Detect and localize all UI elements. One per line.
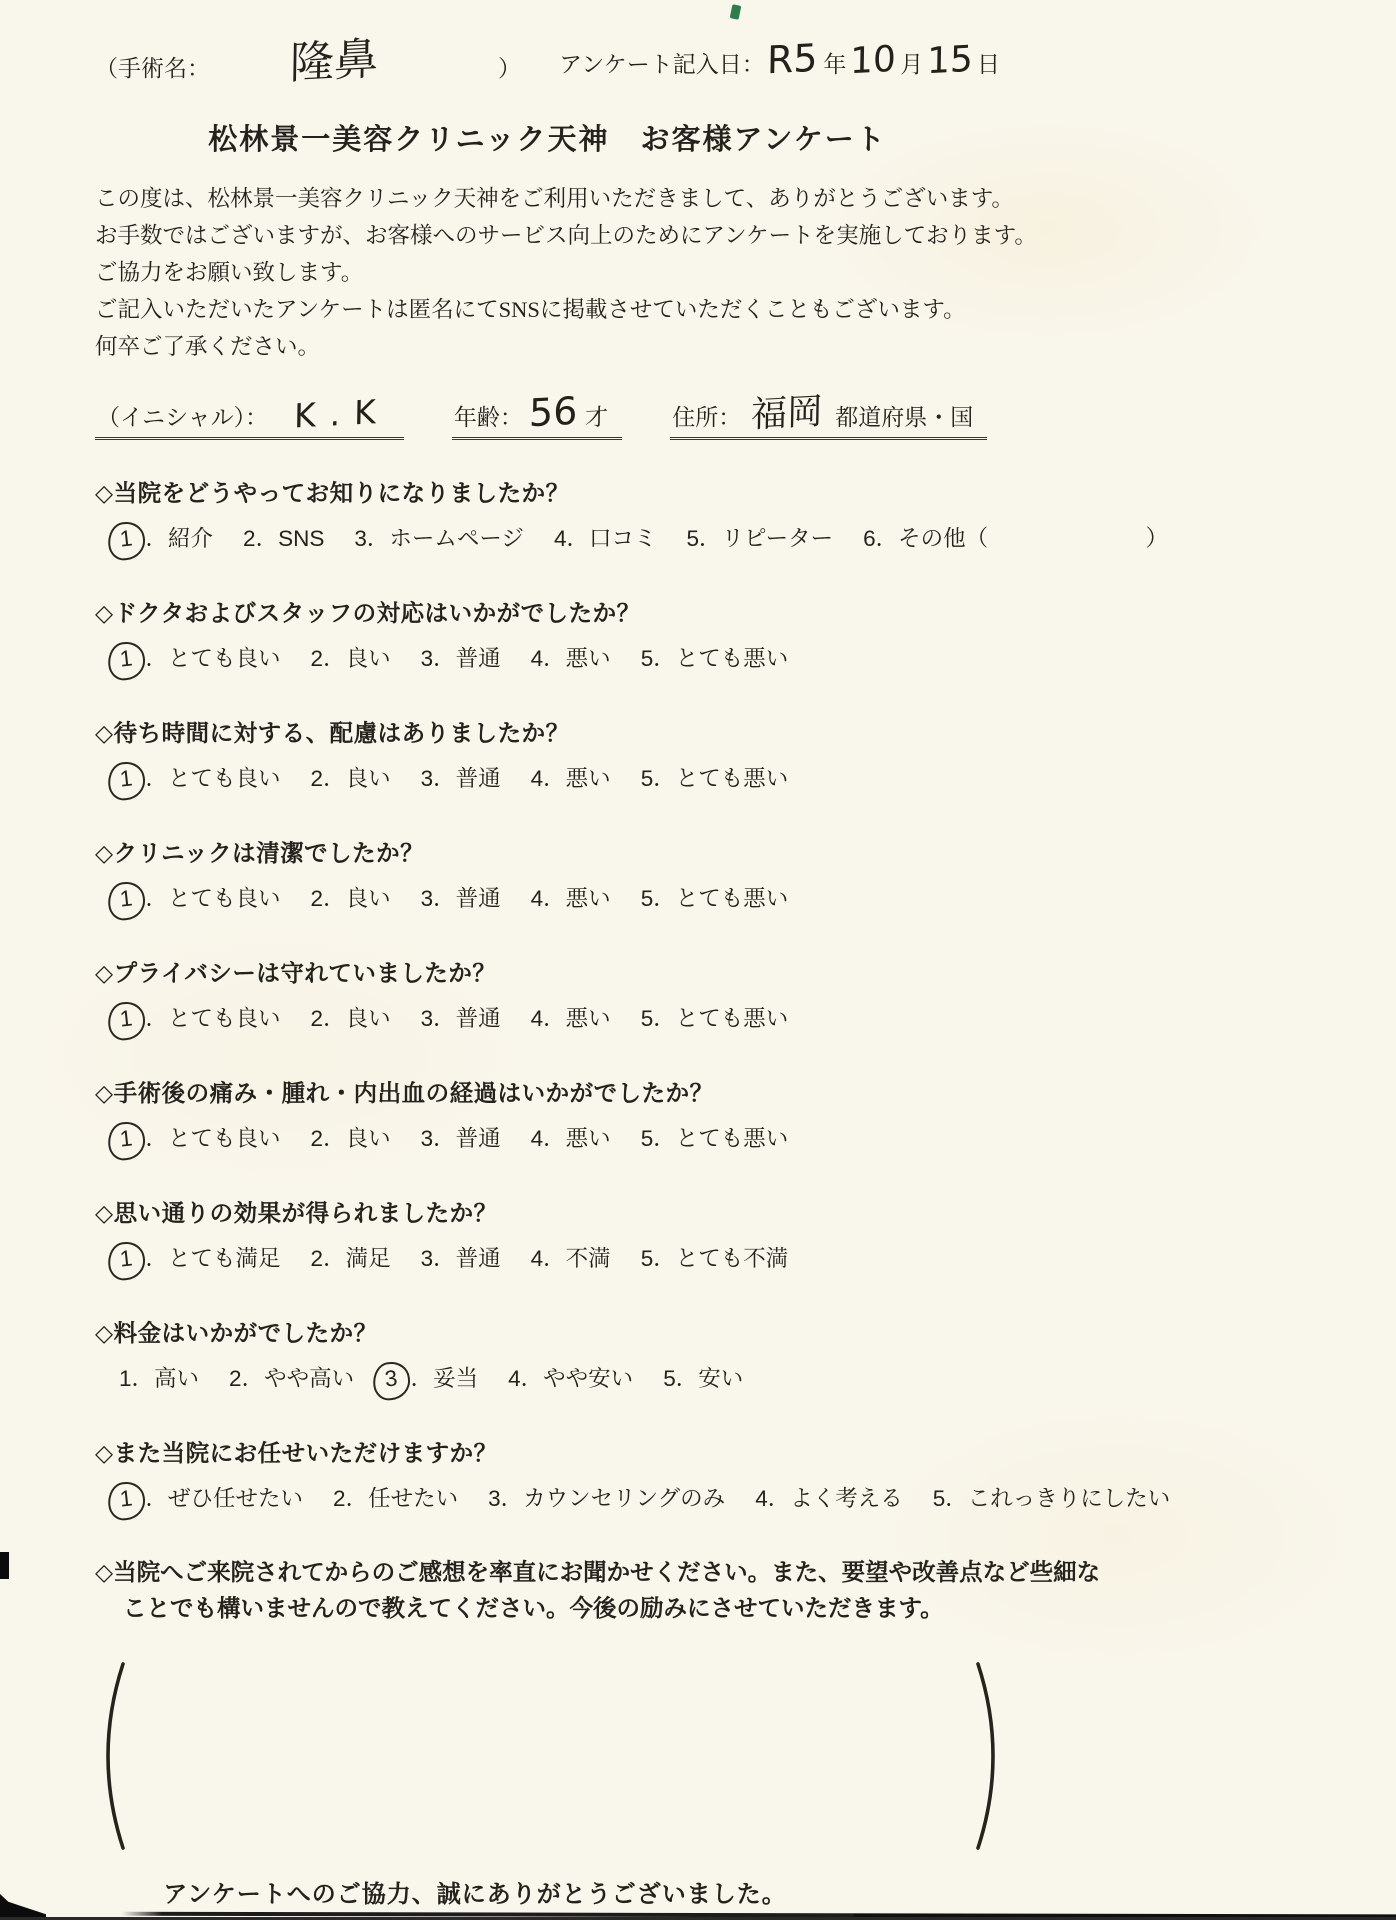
- option-number: 5: [641, 1126, 654, 1152]
- option-4: 4．悪い: [531, 1121, 611, 1153]
- option-label: 満足: [346, 1241, 391, 1273]
- option-number-dot: ．: [653, 881, 676, 913]
- age-handwritten: 56: [529, 394, 578, 431]
- option-number-dot: ．: [146, 1121, 169, 1153]
- address-label: 住所：: [672, 399, 741, 432]
- option-number: 4: [531, 1006, 544, 1032]
- option-label: 良い: [346, 761, 391, 793]
- option-number: 3: [421, 766, 434, 792]
- survey-date-day-handwritten: 15: [927, 44, 973, 79]
- option-label: 妥当: [433, 1361, 478, 1393]
- header-row: （手術名： 隆鼻 ） アンケート記入日： R5 年 10 月 15 日: [95, 42, 1000, 83]
- option-5: 5．とても悪い: [641, 1121, 789, 1153]
- option-3-selected: 3．妥当: [384, 1361, 478, 1393]
- option-number: 5: [641, 886, 654, 912]
- option-label: とても悪い: [676, 641, 789, 673]
- address-handwritten: 福岡: [751, 396, 823, 432]
- scanned-survey-page: （手術名： 隆鼻 ） アンケート記入日： R5 年 10 月 15 日 松林景一…: [0, 0, 1396, 1920]
- surgery-name-field: （手術名： 隆鼻 ）: [95, 42, 521, 83]
- option-5: 5．とても悪い: [641, 641, 789, 673]
- option-label: とても悪い: [676, 1001, 789, 1033]
- comment-open-bracket: [89, 1660, 131, 1857]
- scan-artifact-green-mark: [730, 4, 742, 20]
- option-label: 悪い: [566, 641, 611, 673]
- option-3: 3．カウンセリングのみ: [488, 1481, 725, 1513]
- option-5: 5．安い: [663, 1361, 743, 1393]
- comment-prompt: ◇当院へご来院されてからのご感想を率直にお聞かせください。また、要望や改善点など…: [95, 1554, 1000, 1626]
- option-label: 口コミ: [589, 521, 657, 553]
- option-label: とても悪い: [676, 761, 789, 793]
- survey-content: （手術名： 隆鼻 ） アンケート記入日： R5 年 10 月 15 日 松林景一…: [95, 42, 1000, 1909]
- survey-date-month-handwritten: 10: [850, 44, 896, 79]
- question-block-6: ◇手術後の痛み・腫れ・内出血の経過はいかがでしたか？ 1．とても良い2．良い3．…: [95, 1074, 1000, 1153]
- option-number: 1: [119, 1366, 132, 1392]
- option-5: 5．とても不満: [641, 1241, 789, 1273]
- option-1-selected: 1．とても良い: [119, 1001, 281, 1033]
- question-title: ◇当院をどうやってお知りになりましたか？: [95, 474, 1000, 508]
- page-title: 松林景一美容クリニック天神 お客様アンケート: [95, 117, 1000, 158]
- option-number: 5: [663, 1366, 676, 1392]
- option-2: 2．良い: [311, 1001, 391, 1033]
- intro-line-5: 何卒ご了承ください。: [95, 328, 1000, 365]
- question-title: ◇プライバシーは守れていましたか？: [95, 954, 1000, 988]
- option-number-dot: ．: [543, 1001, 566, 1033]
- option-3: 3．ホームページ: [354, 521, 524, 553]
- option-label: よく考える: [790, 1481, 903, 1513]
- option-number: 3: [421, 1246, 434, 1272]
- option-number-dot: ．: [323, 1001, 346, 1033]
- survey-date-label: アンケート記入日：: [559, 46, 765, 79]
- option-1-selected: 1．とても良い: [119, 881, 281, 913]
- option-number-dot: ．: [146, 521, 169, 553]
- answer-circle-mark: 3: [371, 1360, 411, 1401]
- age-suffix: 才: [585, 398, 609, 432]
- initials-field: （イニシャル）： K.K: [95, 399, 404, 440]
- option-number-dot: ．: [653, 761, 676, 793]
- option-4: 4．悪い: [531, 641, 611, 673]
- question-options: 1．高い2．やや高い3．妥当4．やや安い5．安い: [95, 1361, 743, 1393]
- option-2: 2．任せたい: [333, 1481, 458, 1513]
- survey-date-month-suffix: 月: [900, 46, 923, 79]
- option-number: 2: [311, 766, 324, 792]
- option-label: これっきりにしたい: [968, 1481, 1171, 1513]
- option-label: 不満: [566, 1241, 611, 1273]
- option-number-dot: ．: [146, 1481, 169, 1513]
- initials-handwritten: K.K: [294, 396, 390, 431]
- age-field: 年齢： 56 才: [452, 395, 622, 440]
- question-block-7: ◇思い通りの効果が得られましたか？ 1．とても満足2．満足3．普通4．不満5．と…: [95, 1194, 1000, 1273]
- option-number: 3: [421, 886, 434, 912]
- option-label: やや安い: [543, 1361, 633, 1393]
- option-5: 5．とても悪い: [641, 1001, 789, 1033]
- question-block-5: ◇プライバシーは守れていましたか？ 1．とても良い2．良い3．普通4．悪い5．と…: [95, 954, 1000, 1033]
- option-label: 普通: [456, 1121, 501, 1153]
- option-number: 4: [531, 646, 544, 672]
- survey-date-day-suffix: 日: [977, 46, 1000, 79]
- option-number-dot: ．: [323, 881, 346, 913]
- question-options: 1．紹介2．SNS3．ホームページ4．口コミ5．リピーター6．その他（ ）: [95, 521, 1168, 553]
- intro-line-4: ご記入いただいたアンケートは匿名にてSNSに掲載させていただくこともございます。: [95, 291, 1000, 328]
- option-label: カウンセリングのみ: [523, 1481, 725, 1513]
- answer-circle-mark: 1: [106, 520, 146, 561]
- option-label: SNS: [278, 526, 324, 552]
- option-4: 4．やや安い: [508, 1361, 633, 1393]
- question-block-2: ◇ドクタおよびスタッフの対応はいかがでしたか？ 1．とても良い2．良い3．普通4…: [95, 594, 1000, 673]
- answer-circle-mark: 1: [106, 1240, 146, 1281]
- option-number-dot: ．: [433, 881, 456, 913]
- option-number-dot: ．: [543, 881, 566, 913]
- option-number: 2: [311, 1126, 324, 1152]
- option-label: 良い: [346, 1121, 391, 1153]
- option-label: とても良い: [168, 1121, 281, 1153]
- option-6: 6．その他（ ）: [863, 521, 1168, 553]
- question-title: ◇クリニックは清潔でしたか？: [95, 834, 1000, 868]
- option-label: 良い: [346, 641, 391, 673]
- option-label: 普通: [456, 761, 501, 793]
- question-block-1: ◇当院をどうやってお知りになりましたか？ 1．紹介2．SNS3．ホームページ4．…: [95, 474, 1000, 553]
- option-number: 5: [933, 1486, 946, 1512]
- option-number-dot: ．: [411, 1361, 434, 1393]
- option-2: 2．SNS: [243, 521, 324, 553]
- option-number: 4: [531, 766, 544, 792]
- option-number-dot: ．: [433, 1241, 456, 1273]
- option-number: 5: [641, 1246, 654, 1272]
- option-1: 1．高い: [119, 1361, 199, 1393]
- question-title: ◇また当院にお任せいただけますか？: [95, 1434, 1000, 1468]
- option-number-dot: ．: [323, 1121, 346, 1153]
- option-4: 4．口コミ: [554, 521, 657, 553]
- intro-line-2: お手数ではございますが、お客様へのサービス向上のためにアンケートを実施しておりま…: [95, 217, 1000, 254]
- option-label: とても悪い: [676, 881, 789, 913]
- survey-date-year-suffix: 年: [823, 46, 846, 79]
- option-label: 高い: [154, 1361, 199, 1393]
- option-1-selected: 1．とても良い: [119, 641, 281, 673]
- surgery-name-label: （手術名：: [95, 50, 210, 83]
- option-number: 4: [508, 1366, 521, 1392]
- option-number-dot: ．: [543, 1241, 566, 1273]
- answer-circle-mark: 1: [106, 640, 146, 681]
- option-label: 悪い: [566, 1121, 611, 1153]
- option-number: 6: [863, 526, 876, 552]
- option-number-dot: ．: [543, 761, 566, 793]
- option-number-dot: ．: [433, 1121, 456, 1153]
- option-number: 4: [531, 1246, 544, 1272]
- option-number-dot: ．: [146, 881, 169, 913]
- question-title: ◇手術後の痛み・腫れ・内出血の経過はいかがでしたか？: [95, 1074, 1000, 1108]
- option-number-dot: ．: [653, 1121, 676, 1153]
- answer-circle-mark: 1: [106, 1000, 146, 1041]
- questions: ◇当院をどうやってお知りになりましたか？ 1．紹介2．SNS3．ホームページ4．…: [95, 474, 1000, 1513]
- question-options: 1．とても良い2．良い3．普通4．悪い5．とても悪い: [95, 1001, 788, 1033]
- option-3: 3．普通: [421, 1241, 501, 1273]
- option-2: 2．満足: [311, 1241, 391, 1273]
- option-5: 5．とても悪い: [641, 761, 789, 793]
- option-number: 4: [755, 1486, 768, 1512]
- option-number: 2: [311, 886, 324, 912]
- question-block-3: ◇待ち時間に対する、配慮はありましたか？ 1．とても良い2．良い3．普通4．悪い…: [95, 714, 1000, 793]
- option-number-dot: ．: [768, 1481, 791, 1513]
- option-label: 良い: [346, 1001, 391, 1033]
- option-2: 2．良い: [311, 761, 391, 793]
- option-number: 4: [531, 886, 544, 912]
- age-label: 年齢：: [454, 399, 523, 432]
- option-3: 3．普通: [421, 881, 501, 913]
- option-1-selected: 1．とても満足: [119, 1241, 281, 1273]
- option-1-selected: 1．ぜひ任せたい: [119, 1481, 303, 1513]
- option-label: 任せたい: [368, 1481, 458, 1513]
- option-number: 2: [311, 646, 324, 672]
- option-label: とても良い: [168, 641, 281, 673]
- option-number: 2: [243, 526, 256, 552]
- option-label: とても良い: [168, 761, 281, 793]
- option-label: とても満足: [168, 1241, 281, 1273]
- option-label: とても悪い: [676, 1121, 789, 1153]
- option-2: 2．良い: [311, 881, 391, 913]
- option-1-selected: 1．とても良い: [119, 761, 281, 793]
- option-number-dot: ．: [653, 641, 676, 673]
- option-number-dot: ．: [146, 1001, 169, 1033]
- option-number-dot: ．: [699, 521, 722, 553]
- option-number: 2: [333, 1486, 346, 1512]
- option-number-dot: ．: [323, 641, 346, 673]
- option-label: ホームページ: [389, 521, 524, 553]
- surgery-name-handwritten: 隆鼻: [290, 40, 379, 84]
- question-block-9: ◇また当院にお任せいただけますか？ 1．ぜひ任せたい2．任せたい3．カウンセリン…: [95, 1434, 1000, 1513]
- answer-circle-mark: 1: [106, 1480, 146, 1521]
- question-block-8: ◇料金はいかがでしたか？ 1．高い2．やや高い3．妥当4．やや安い5．安い: [95, 1314, 1000, 1393]
- option-number-dot: ．: [323, 1241, 346, 1273]
- option-label: 悪い: [566, 761, 611, 793]
- comment-answer-area: [95, 1660, 1000, 1852]
- option-number-dot: ．: [433, 761, 456, 793]
- option-4: 4．悪い: [531, 761, 611, 793]
- option-number: 3: [421, 1006, 434, 1032]
- question-title: ◇ドクタおよびスタッフの対応はいかがでしたか？: [95, 594, 1000, 628]
- option-4: 4．悪い: [531, 1001, 611, 1033]
- survey-date-field: アンケート記入日： R5 年 10 月 15 日: [559, 42, 1000, 79]
- option-number: 5: [686, 526, 699, 552]
- option-4: 4．不満: [531, 1241, 611, 1273]
- option-label: とても良い: [168, 1001, 281, 1033]
- option-number-dot: ．: [146, 1241, 169, 1273]
- option-label: 悪い: [566, 881, 611, 913]
- option-number-dot: ．: [367, 521, 390, 553]
- address-suffix: 都道府県・国: [835, 399, 973, 432]
- option-4: 4．悪い: [531, 881, 611, 913]
- footer-thanks-text: アンケートへのご協力、誠にありがとうございました。: [95, 1874, 855, 1909]
- address-field: 住所： 福岡 都道府県・国: [670, 398, 987, 440]
- option-5: 5．リピーター: [686, 521, 833, 553]
- option-label: 普通: [456, 1241, 501, 1273]
- option-number-dot: ．: [653, 1001, 676, 1033]
- question-options: 1．とても満足2．満足3．普通4．不満5．とても不満: [95, 1241, 788, 1273]
- option-number: 2: [311, 1246, 324, 1272]
- option-number: 5: [641, 1006, 654, 1032]
- option-label: その他（ ）: [898, 521, 1168, 553]
- option-3: 3．普通: [421, 1001, 501, 1033]
- intro-line-1: この度は、松林景一美容クリニック天神をご利用いただきまして、ありがとうございます…: [95, 180, 1000, 217]
- comment-close-bracket: [970, 1660, 1012, 1857]
- intro-paragraph: この度は、松林景一美容クリニック天神をご利用いただきまして、ありがとうございます…: [95, 180, 1000, 365]
- answer-circle-mark: 1: [106, 880, 146, 921]
- comment-prompt-line-1: ◇当院へご来院されてからのご感想を率直にお聞かせください。また、要望や改善点など…: [95, 1554, 1000, 1590]
- option-number-dot: ．: [323, 761, 346, 793]
- scan-artifact-left-edge: [0, 1552, 9, 1579]
- option-number-dot: ．: [132, 1361, 155, 1393]
- option-number-dot: ．: [876, 521, 899, 553]
- option-number-dot: ．: [521, 1361, 544, 1393]
- option-3: 3．普通: [421, 641, 501, 673]
- option-number: 2: [229, 1366, 242, 1392]
- option-5: 5．これっきりにしたい: [933, 1481, 1171, 1513]
- answer-circle-mark: 1: [106, 760, 146, 801]
- option-3: 3．普通: [421, 761, 501, 793]
- intro-line-3: ご協力をお願い致します。: [95, 254, 1000, 291]
- option-number: 3: [488, 1486, 501, 1512]
- option-number-dot: ．: [146, 761, 169, 793]
- option-label: やや高い: [264, 1361, 354, 1393]
- initials-label: （イニシャル）：: [97, 399, 268, 432]
- question-options: 1．とても良い2．良い3．普通4．悪い5．とても悪い: [95, 641, 788, 673]
- option-label: 普通: [456, 641, 501, 673]
- option-number: 4: [531, 1126, 544, 1152]
- survey-date-era-handwritten: R5: [767, 41, 818, 78]
- option-label: 紹介: [168, 521, 213, 553]
- option-label: とても良い: [168, 881, 281, 913]
- option-number-dot: ．: [676, 1361, 699, 1393]
- option-number-dot: ．: [653, 1241, 676, 1273]
- option-number-dot: ．: [433, 1001, 456, 1033]
- option-4: 4．よく考える: [755, 1481, 903, 1513]
- option-number-dot: ．: [543, 641, 566, 673]
- option-label: リピーター: [722, 521, 834, 553]
- option-number-dot: ．: [501, 1481, 524, 1513]
- surgery-name-close-paren: ）: [498, 50, 521, 83]
- option-label: ぜひ任せたい: [168, 1481, 303, 1513]
- question-options: 1．とても良い2．良い3．普通4．悪い5．とても悪い: [95, 761, 788, 793]
- option-number-dot: ．: [242, 1361, 265, 1393]
- question-options: 1．ぜひ任せたい2．任せたい3．カウンセリングのみ4．よく考える5．これっきりに…: [95, 1481, 1170, 1513]
- option-number: 3: [421, 646, 434, 672]
- option-2: 2．良い: [311, 1121, 391, 1153]
- option-number-dot: ．: [256, 521, 279, 553]
- question-title: ◇待ち時間に対する、配慮はありましたか？: [95, 714, 1000, 748]
- option-number: 5: [641, 646, 654, 672]
- question-options: 1．とても良い2．良い3．普通4．悪い5．とても悪い: [95, 881, 788, 913]
- option-label: 良い: [346, 881, 391, 913]
- option-number: 4: [554, 526, 567, 552]
- option-number-dot: ．: [346, 1481, 369, 1513]
- answer-circle-mark: 1: [106, 1120, 146, 1161]
- option-number: 3: [421, 1126, 434, 1152]
- option-2: 2．やや高い: [229, 1361, 354, 1393]
- option-number: 2: [311, 1006, 324, 1032]
- question-title: ◇思い通りの効果が得られましたか？: [95, 1194, 1000, 1228]
- option-number: 5: [641, 766, 654, 792]
- option-3: 3．普通: [421, 1121, 501, 1153]
- option-label: 普通: [456, 881, 501, 913]
- option-label: 悪い: [566, 1001, 611, 1033]
- question-title: ◇料金はいかがでしたか？: [95, 1314, 1000, 1348]
- option-number: 3: [354, 526, 367, 552]
- option-1-selected: 1．とても良い: [119, 1121, 281, 1153]
- option-number-dot: ．: [566, 521, 589, 553]
- identity-row: （イニシャル）： K.K 年齢： 56 才 住所： 福岡 都道府県・国: [95, 395, 987, 440]
- option-number-dot: ．: [433, 641, 456, 673]
- option-label: 安い: [698, 1361, 743, 1393]
- option-number-dot: ．: [146, 641, 169, 673]
- question-options: 1．とても良い2．良い3．普通4．悪い5．とても悪い: [95, 1121, 788, 1153]
- option-1-selected: 1．紹介: [119, 521, 213, 553]
- option-label: とても不満: [676, 1241, 789, 1273]
- option-2: 2．良い: [311, 641, 391, 673]
- option-5: 5．とても悪い: [641, 881, 789, 913]
- comment-prompt-line-2: ことでも構いませんので教えてください。今後の励みにさせていただきます。: [95, 1590, 1000, 1626]
- option-number-dot: ．: [543, 1121, 566, 1153]
- question-block-4: ◇クリニックは清潔でしたか？ 1．とても良い2．良い3．普通4．悪い5．とても悪…: [95, 834, 1000, 913]
- option-label: 普通: [456, 1001, 501, 1033]
- option-number-dot: ．: [945, 1481, 968, 1513]
